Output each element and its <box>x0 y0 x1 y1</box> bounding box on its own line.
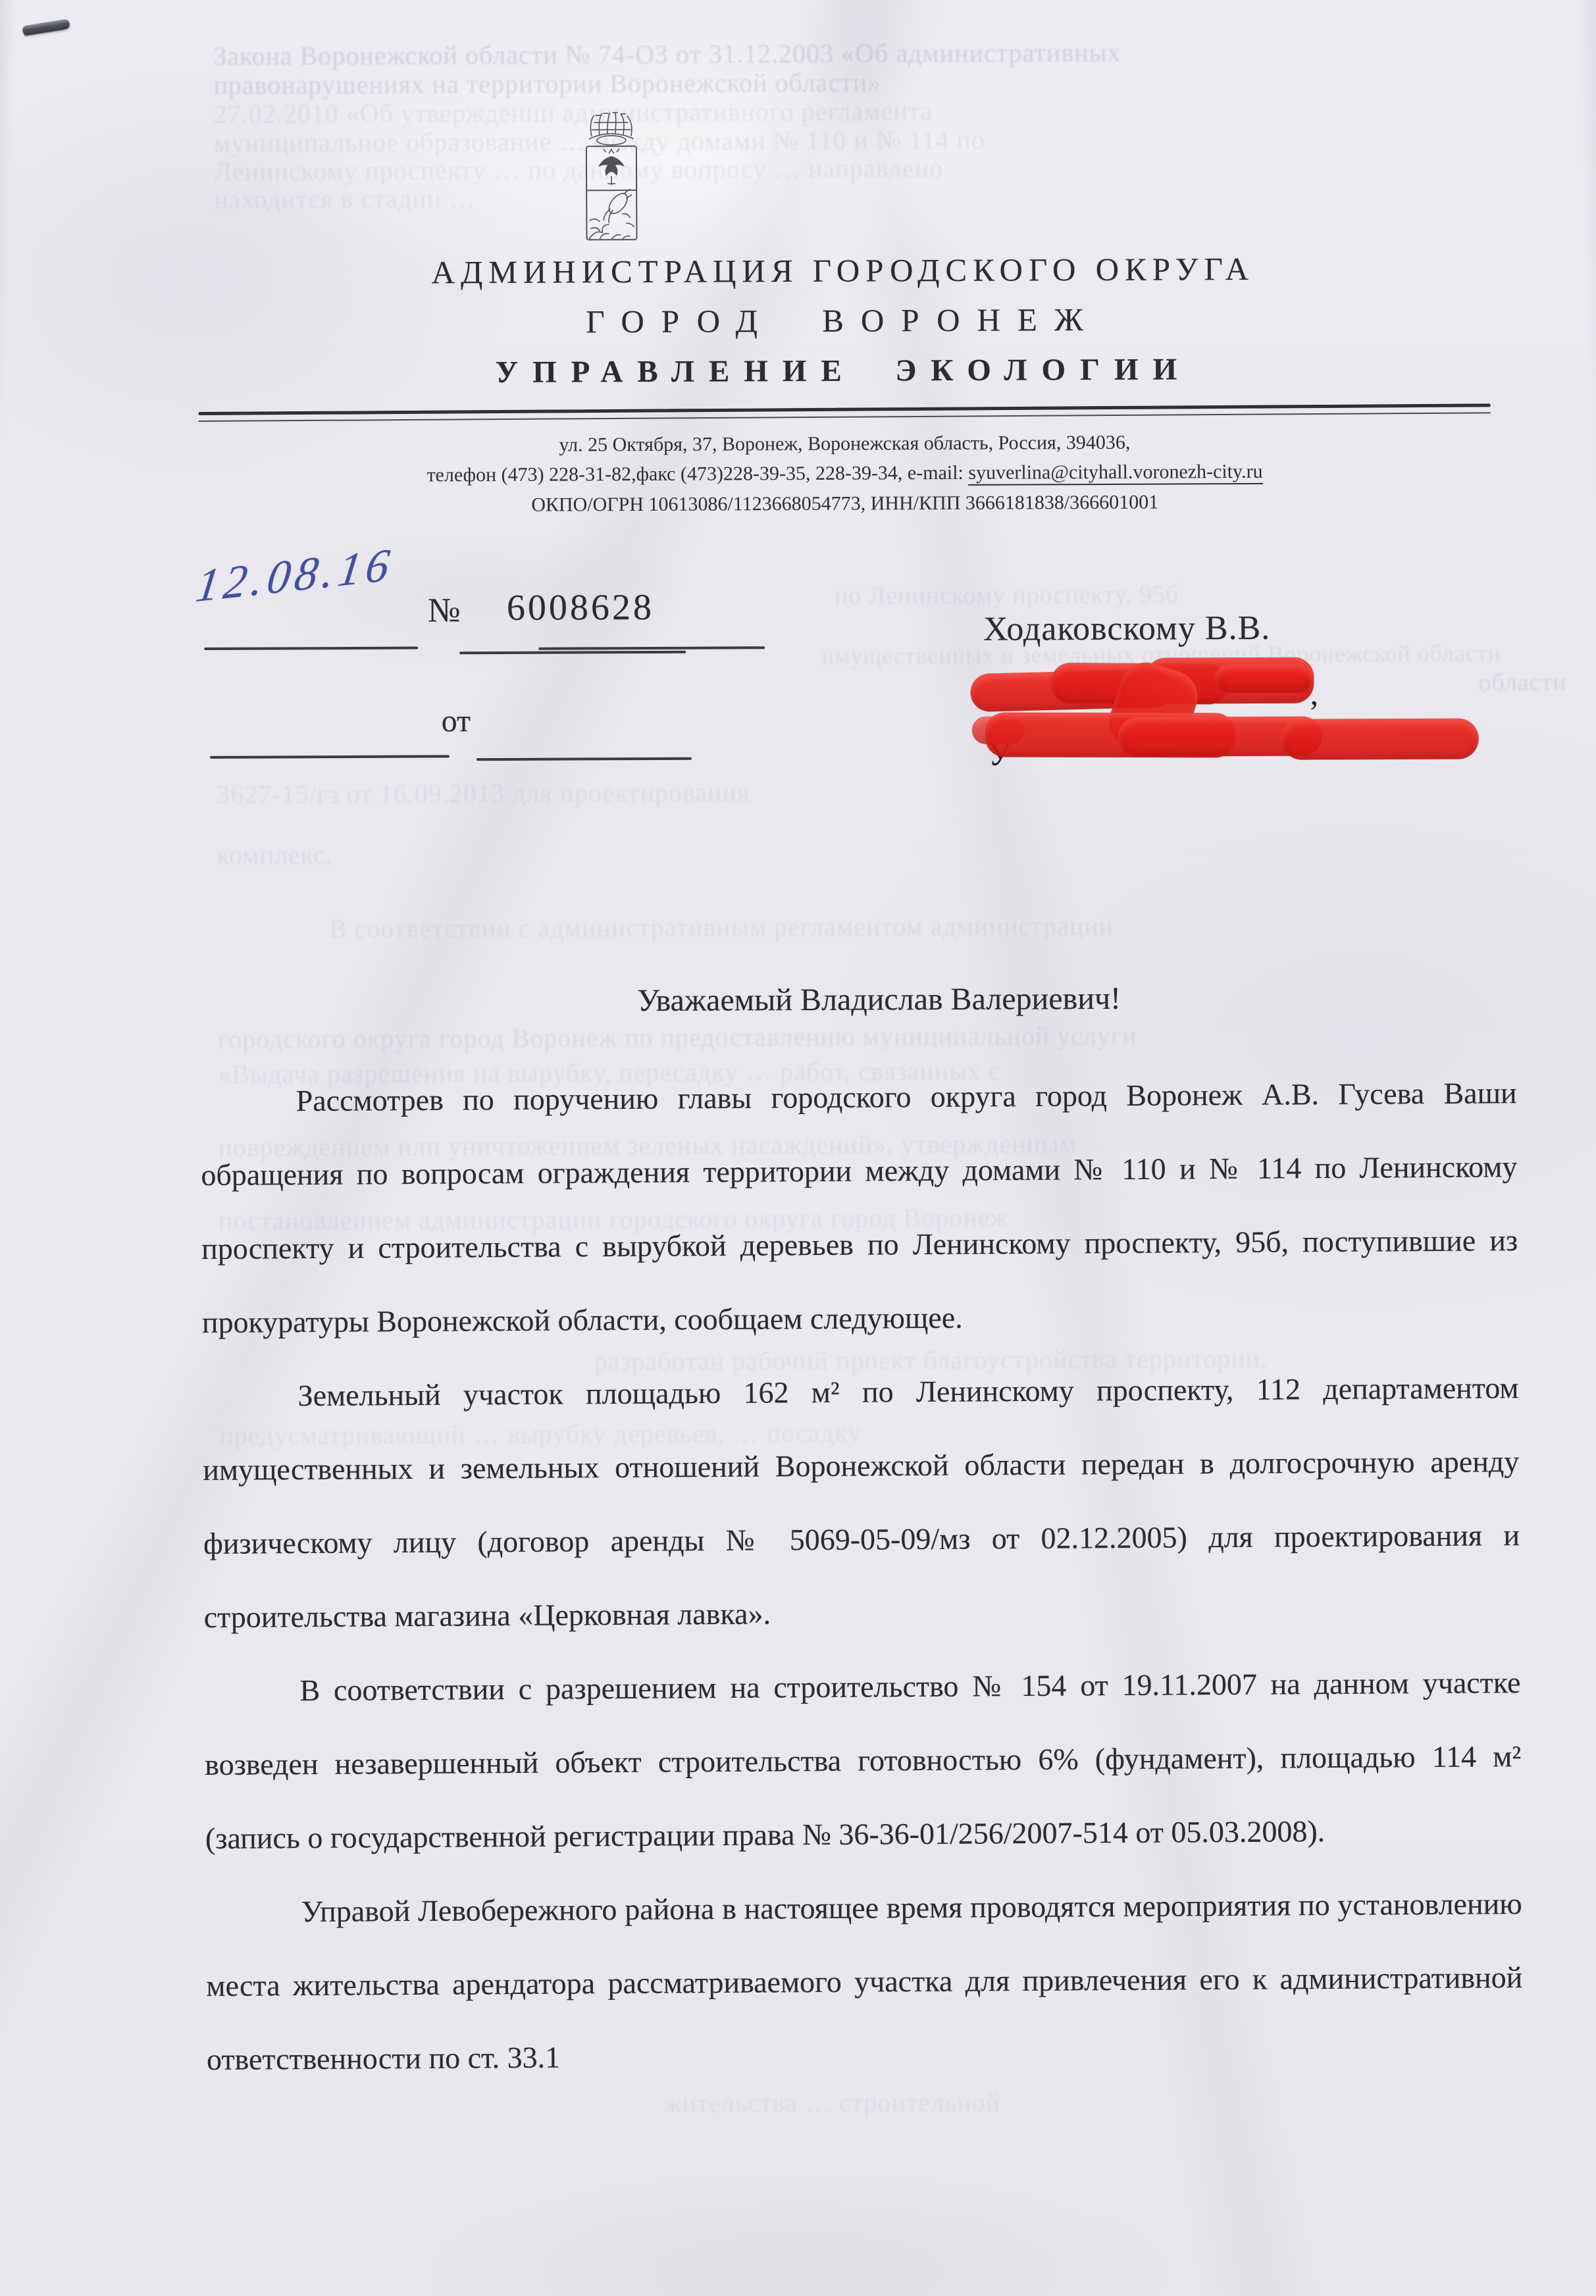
from-label: от <box>442 703 471 739</box>
outgoing-number: 6008628 <box>507 586 654 629</box>
org-name-line3: УПРАВЛЕНИЕ ЭКОЛОГИИ <box>198 350 1488 392</box>
bleed-through-line: городского округа город Воронеж по предо… <box>218 1018 1534 1058</box>
date-underline <box>204 647 418 650</box>
bleed-through-line: области <box>1478 668 1570 698</box>
org-address-line: ул. 25 Октября, 37, Воронеж, Воронежская… <box>199 430 1491 458</box>
from-underline-right <box>476 757 692 761</box>
body-paragraph: Земельный участок площадью 162 м² по Лен… <box>202 1351 1520 1654</box>
from-underline-left <box>210 755 450 759</box>
bleed-through-line: находится в стадии … <box>214 182 806 215</box>
red-redaction-stroke <box>1215 664 1312 694</box>
number-sign-label: № <box>428 591 461 630</box>
body-text: Рассмотрев по поручению главы городского… <box>200 1056 1523 2097</box>
body-paragraph: Рассмотрев по поручению главы городского… <box>200 1056 1518 1360</box>
addressee-name: Ходаковскому В.В. <box>983 609 1270 649</box>
scanned-letter-page: Закона Воронежской области № 74-ОЗ от 31… <box>0 0 1596 2296</box>
contact-prefix: телефон (473) 228-31-82,факс (473)228-39… <box>426 462 968 486</box>
salutation: Уважаемый Владислав Валериевич! <box>201 979 1517 1021</box>
body-paragraph: В соответствии с разрешением на строител… <box>204 1646 1522 1875</box>
bleed-through-line: 3627-15/гз от 16.09.2013 для проектирова… <box>217 776 1006 810</box>
bleed-through-line: по Ленинскому проспекту, 95б <box>835 578 1532 611</box>
red-redaction-stroke <box>1281 718 1479 759</box>
bleed-through-line: В соответствии с административным реглам… <box>329 909 1448 948</box>
bleed-through-line: комплекс. <box>217 838 546 871</box>
org-email: syuverlina@cityhall.voronezh-city.ru <box>968 461 1262 486</box>
handwritten-date: 12.08.16 <box>193 538 397 613</box>
body-paragraph: Управой Левобережного района в настоящее… <box>205 1867 1523 2097</box>
org-codes-line: ОКПО/ОГРН 10613086/1123668054773, ИНН/КП… <box>199 490 1491 518</box>
org-contact-line: телефон (473) 228-31-82,факс (473)228-39… <box>199 459 1491 488</box>
org-name-line1: АДМИНИСТРАЦИЯ ГОРОДСКОГО ОКРУГА <box>198 249 1488 292</box>
red-marker-redaction <box>0 0 1592 3</box>
org-name-line2: ГОРОД ВОРОНЕЖ <box>198 299 1488 342</box>
number-underline <box>459 651 686 655</box>
voronezh-coat-of-arms-icon <box>580 110 644 249</box>
bleed-through-text-layer: Закона Воронежской области № 74-ОЗ от 31… <box>0 0 1592 3</box>
